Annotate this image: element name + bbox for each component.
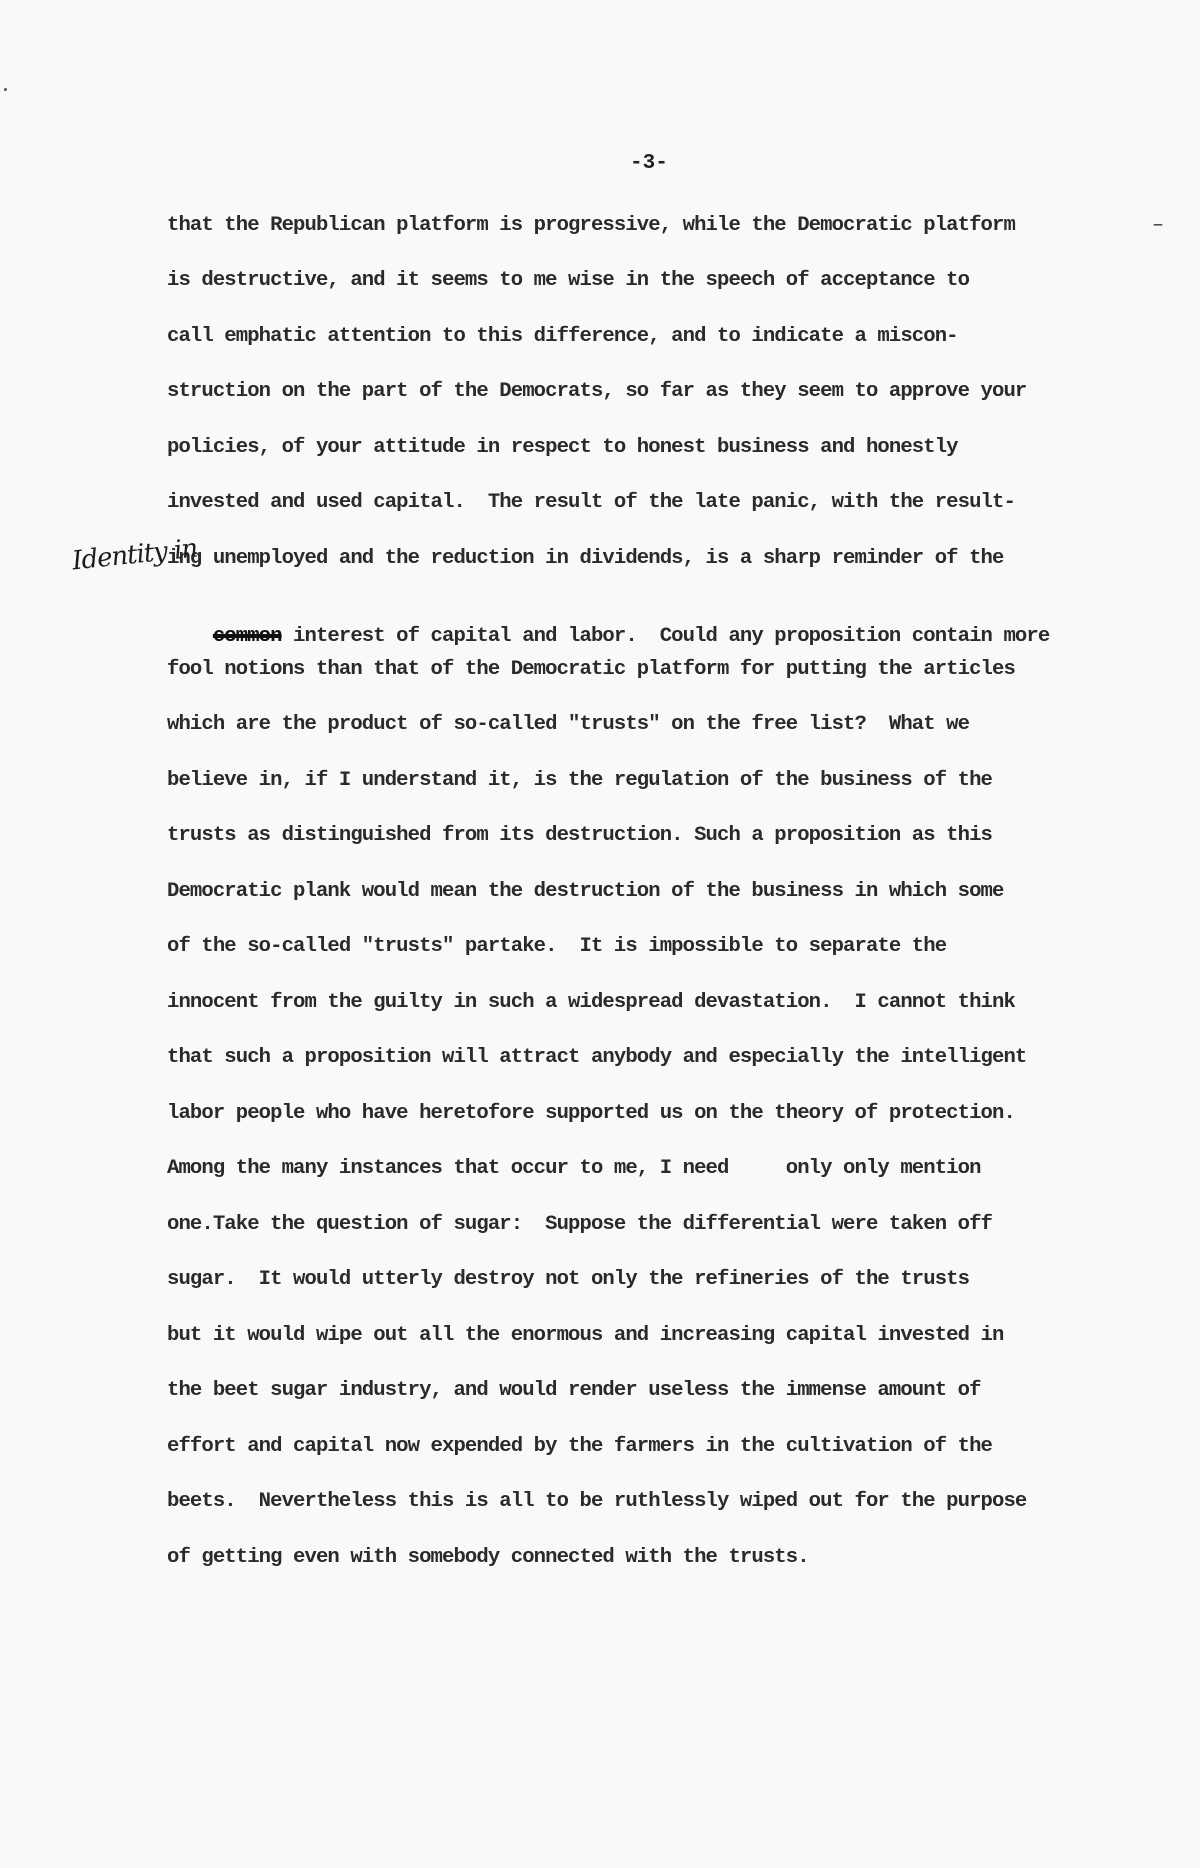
text-line: but it would wipe out all the enormous a… [167, 1324, 1003, 1347]
struck-word: common [213, 625, 282, 648]
text-line: ing unemployed and the reduction in divi… [167, 547, 1003, 570]
text-line: believe in, if I understand it, is the r… [167, 769, 992, 792]
text-line: is destructive, and it seems to me wise … [167, 269, 969, 292]
text-line: that the Republican platform is progress… [167, 214, 1015, 237]
text-line: beets. Nevertheless this is all to be ru… [167, 1490, 1026, 1513]
text-line: of getting even with somebody connected … [167, 1546, 809, 1569]
text-line: fool notions than that of the Democratic… [167, 658, 1015, 681]
text-line: Democratic plank would mean the destruct… [167, 880, 1003, 903]
text-line: labor people who have heretofore support… [167, 1102, 1015, 1125]
paper-speck [4, 88, 7, 91]
text-line: the beet sugar industry, and would rende… [167, 1379, 981, 1402]
text-line: call emphatic attention to this differen… [167, 325, 958, 348]
text-line: policies, of your attitude in respect to… [167, 436, 958, 459]
text-line: that such a proposition will attract any… [167, 1046, 1026, 1069]
text-line: of the so-called "trusts" partake. It is… [167, 935, 946, 958]
text-line: Among the many instances that occur to m… [167, 1157, 981, 1180]
text-line: one.Take the question of sugar: Suppose … [167, 1213, 992, 1236]
text-line: sugar. It would utterly destroy not only… [167, 1268, 969, 1291]
margin-mark: – [1152, 214, 1164, 237]
text-line: invested and used capital. The result of… [167, 491, 1015, 514]
text-line: which are the product of so-called "trus… [167, 713, 969, 736]
text-line: trusts as distinguished from its destruc… [167, 824, 992, 847]
text-line: innocent from the guilty in such a wides… [167, 991, 1015, 1014]
text-line: struction on the part of the Democrats, … [167, 380, 1026, 403]
text-line: effort and capital now expended by the f… [167, 1435, 992, 1458]
text-line-rest: interest of capital and labor. Could any… [282, 625, 1050, 648]
handwritten-annotation: Identity in [71, 534, 199, 577]
document-page: -3- – that the Republican platform is pr… [0, 0, 1200, 1868]
page-number: -3- [630, 152, 668, 175]
